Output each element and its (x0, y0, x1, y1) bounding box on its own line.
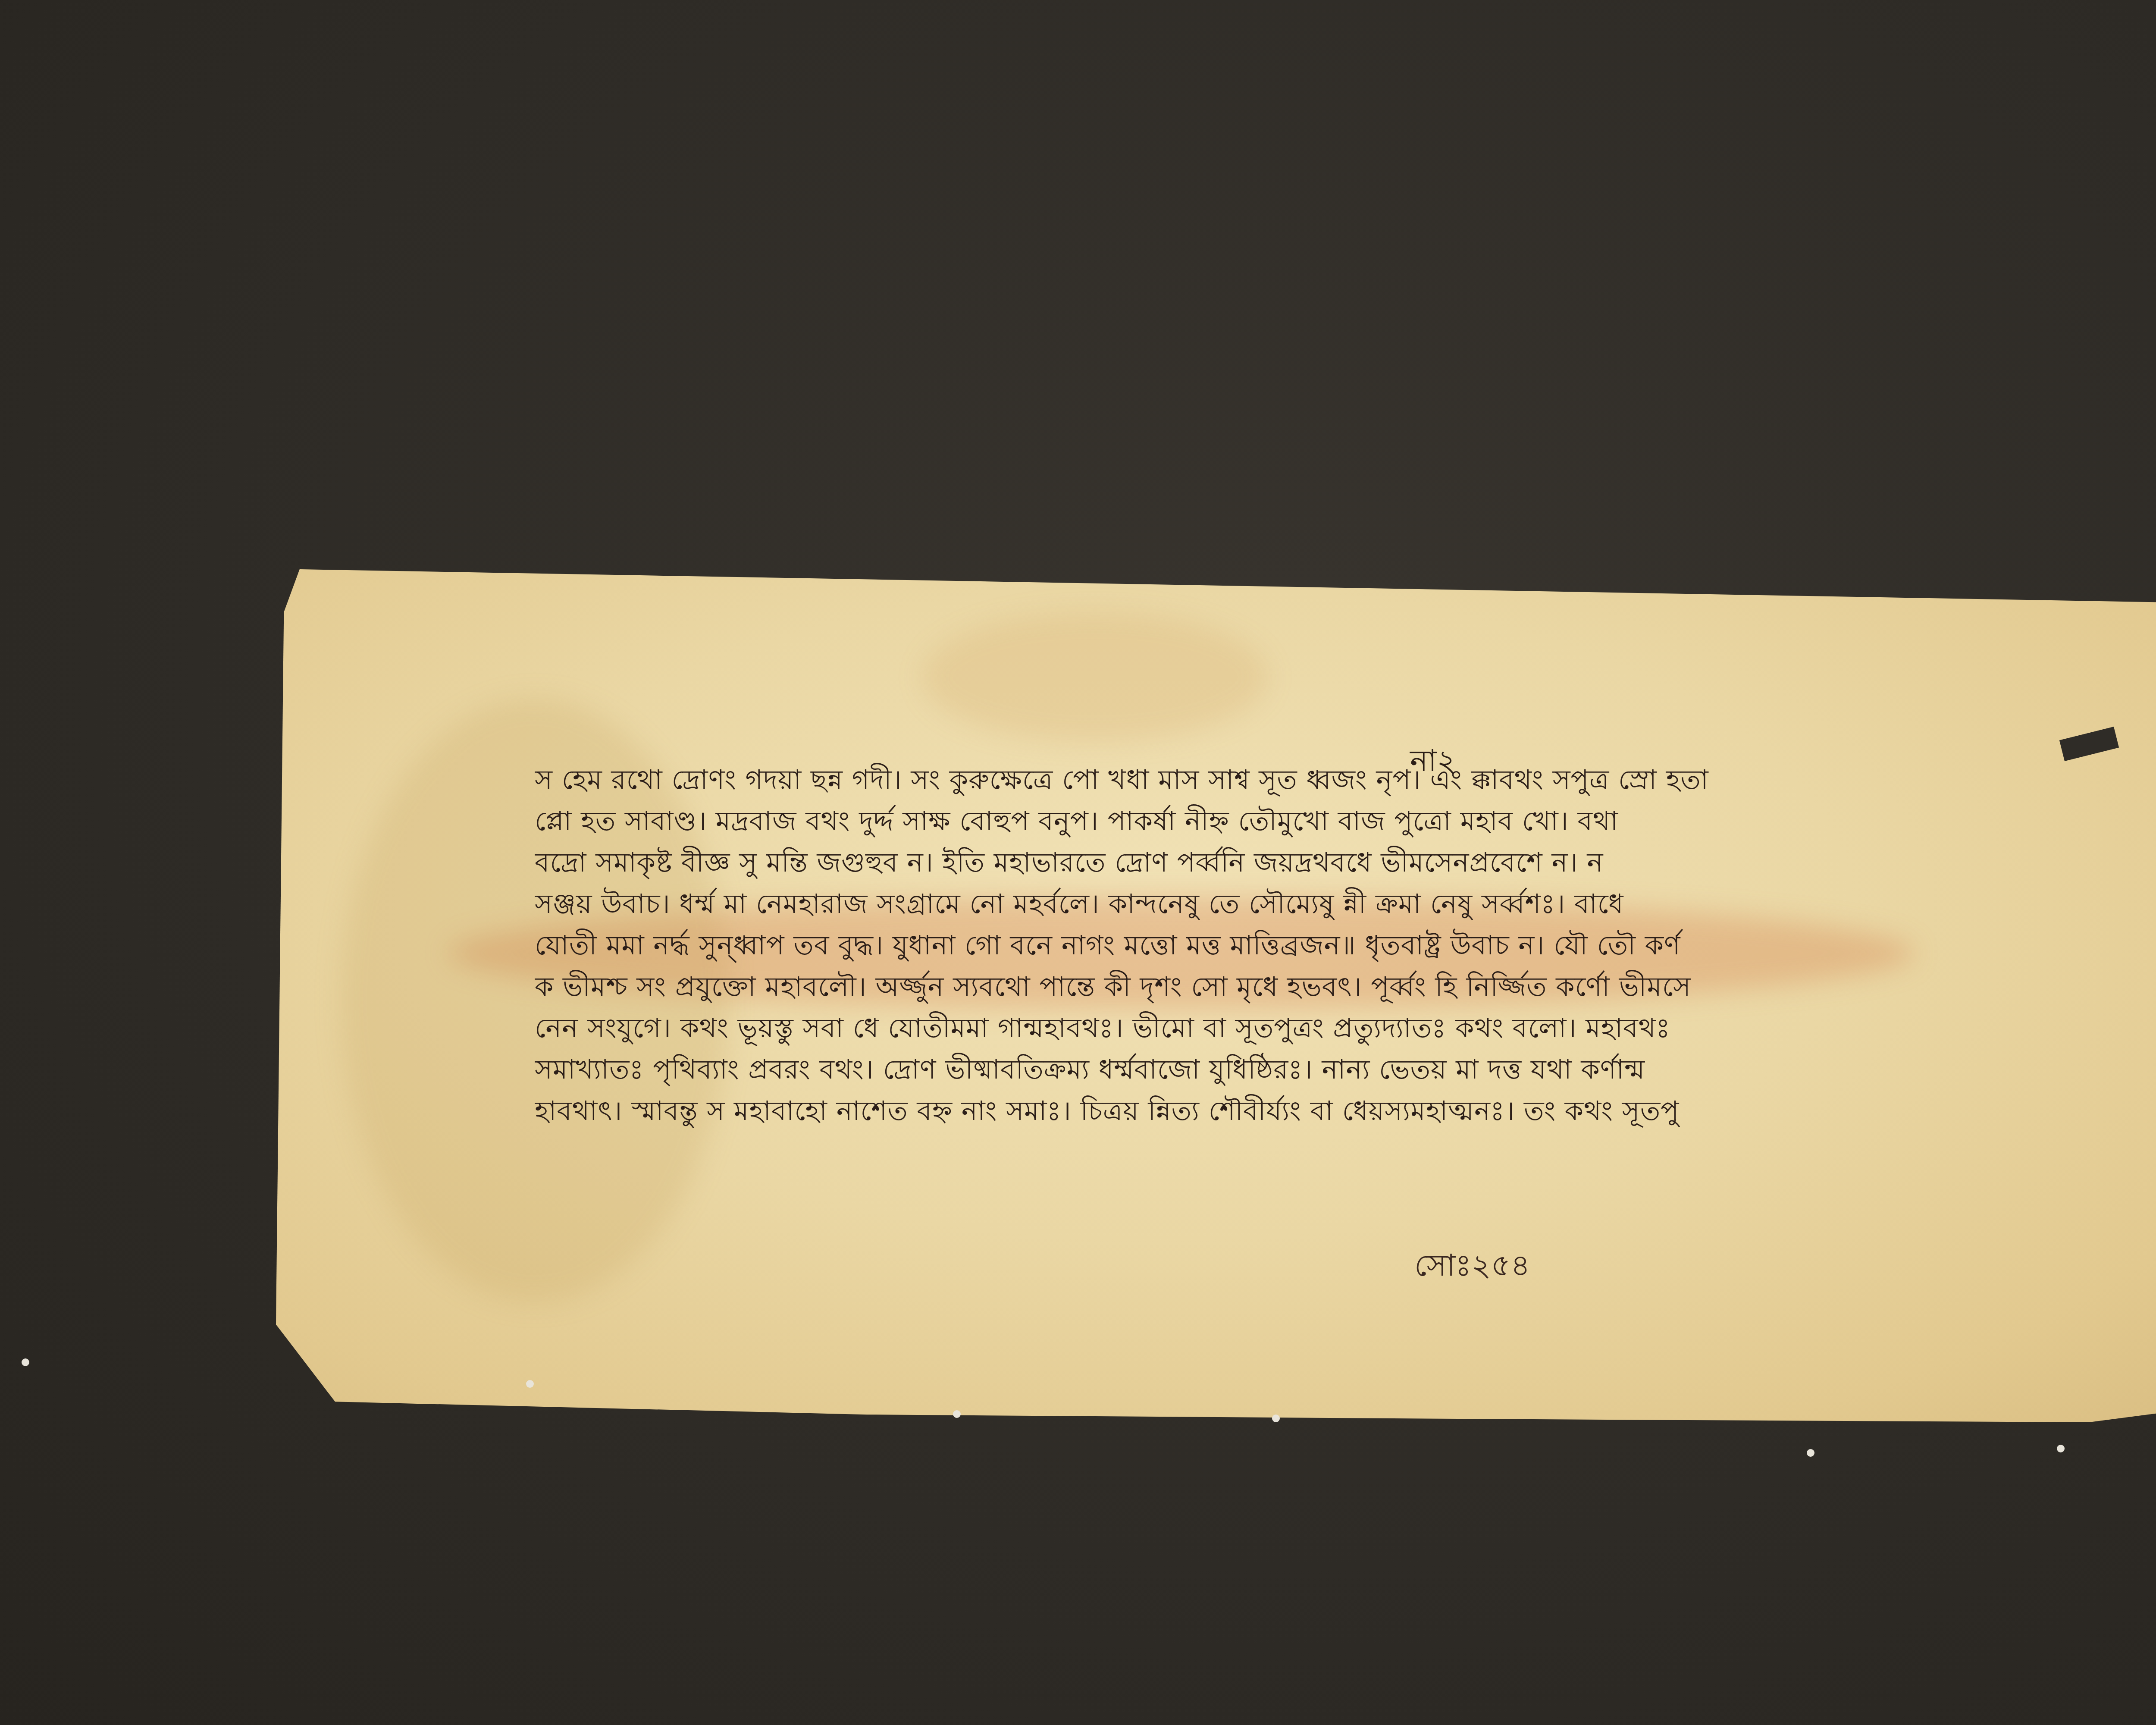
text-line: সঞ্জয় উবাচ। ধর্ম্ম মা নেমহারাজ সংগ্রামে… (535, 883, 2044, 925)
text-line: সমাখ্যাতঃ পৃথিব্যাং প্রবরং বথং। দ্রোণ ভী… (535, 1049, 2044, 1090)
pin (1807, 1449, 1814, 1457)
text-line: স হেম রথো দ্রোণং গদয়া ছন্ন গদী। সং কুরু… (535, 759, 2044, 800)
text-line: বদ্রো সমাকৃষ্ট বীজ্ঞ সু মন্তি জগুহুব ন। … (535, 842, 2044, 883)
age-stain (923, 612, 1268, 742)
text-line: হাবথাৎ। স্মাবন্তু স মহাবাহো নাশেত বহ্ন ন… (535, 1090, 2044, 1132)
pin (22, 1358, 29, 1366)
text-line: প্লো হত সাবাণ্ড। মদ্রবাজ বথং দুর্দ্দ সাক… (535, 800, 2044, 842)
manuscript-text: স হেম রথো দ্রোণং গদয়া ছন্ন গদী। সং কুরু… (535, 759, 2044, 1132)
pin (1272, 1414, 1280, 1422)
colophon: সোঃ২৫৪ (1414, 1242, 1530, 1292)
pin (526, 1380, 534, 1388)
text-line: যোতী মমা নর্দ্ধ সুন্ধ্বাপ তব বুদ্ধ। যুধা… (535, 925, 2044, 966)
pin (2057, 1445, 2065, 1452)
text-line: নেন সংযুগে। কথং ভূয়স্তু সবা ধে যোতীমমা … (535, 1007, 2044, 1049)
text-line: ক ভীমশ্চ সং প্রযুক্তো মহাবলৌ। অর্জ্জুন স… (535, 966, 2044, 1007)
pin (953, 1410, 961, 1418)
